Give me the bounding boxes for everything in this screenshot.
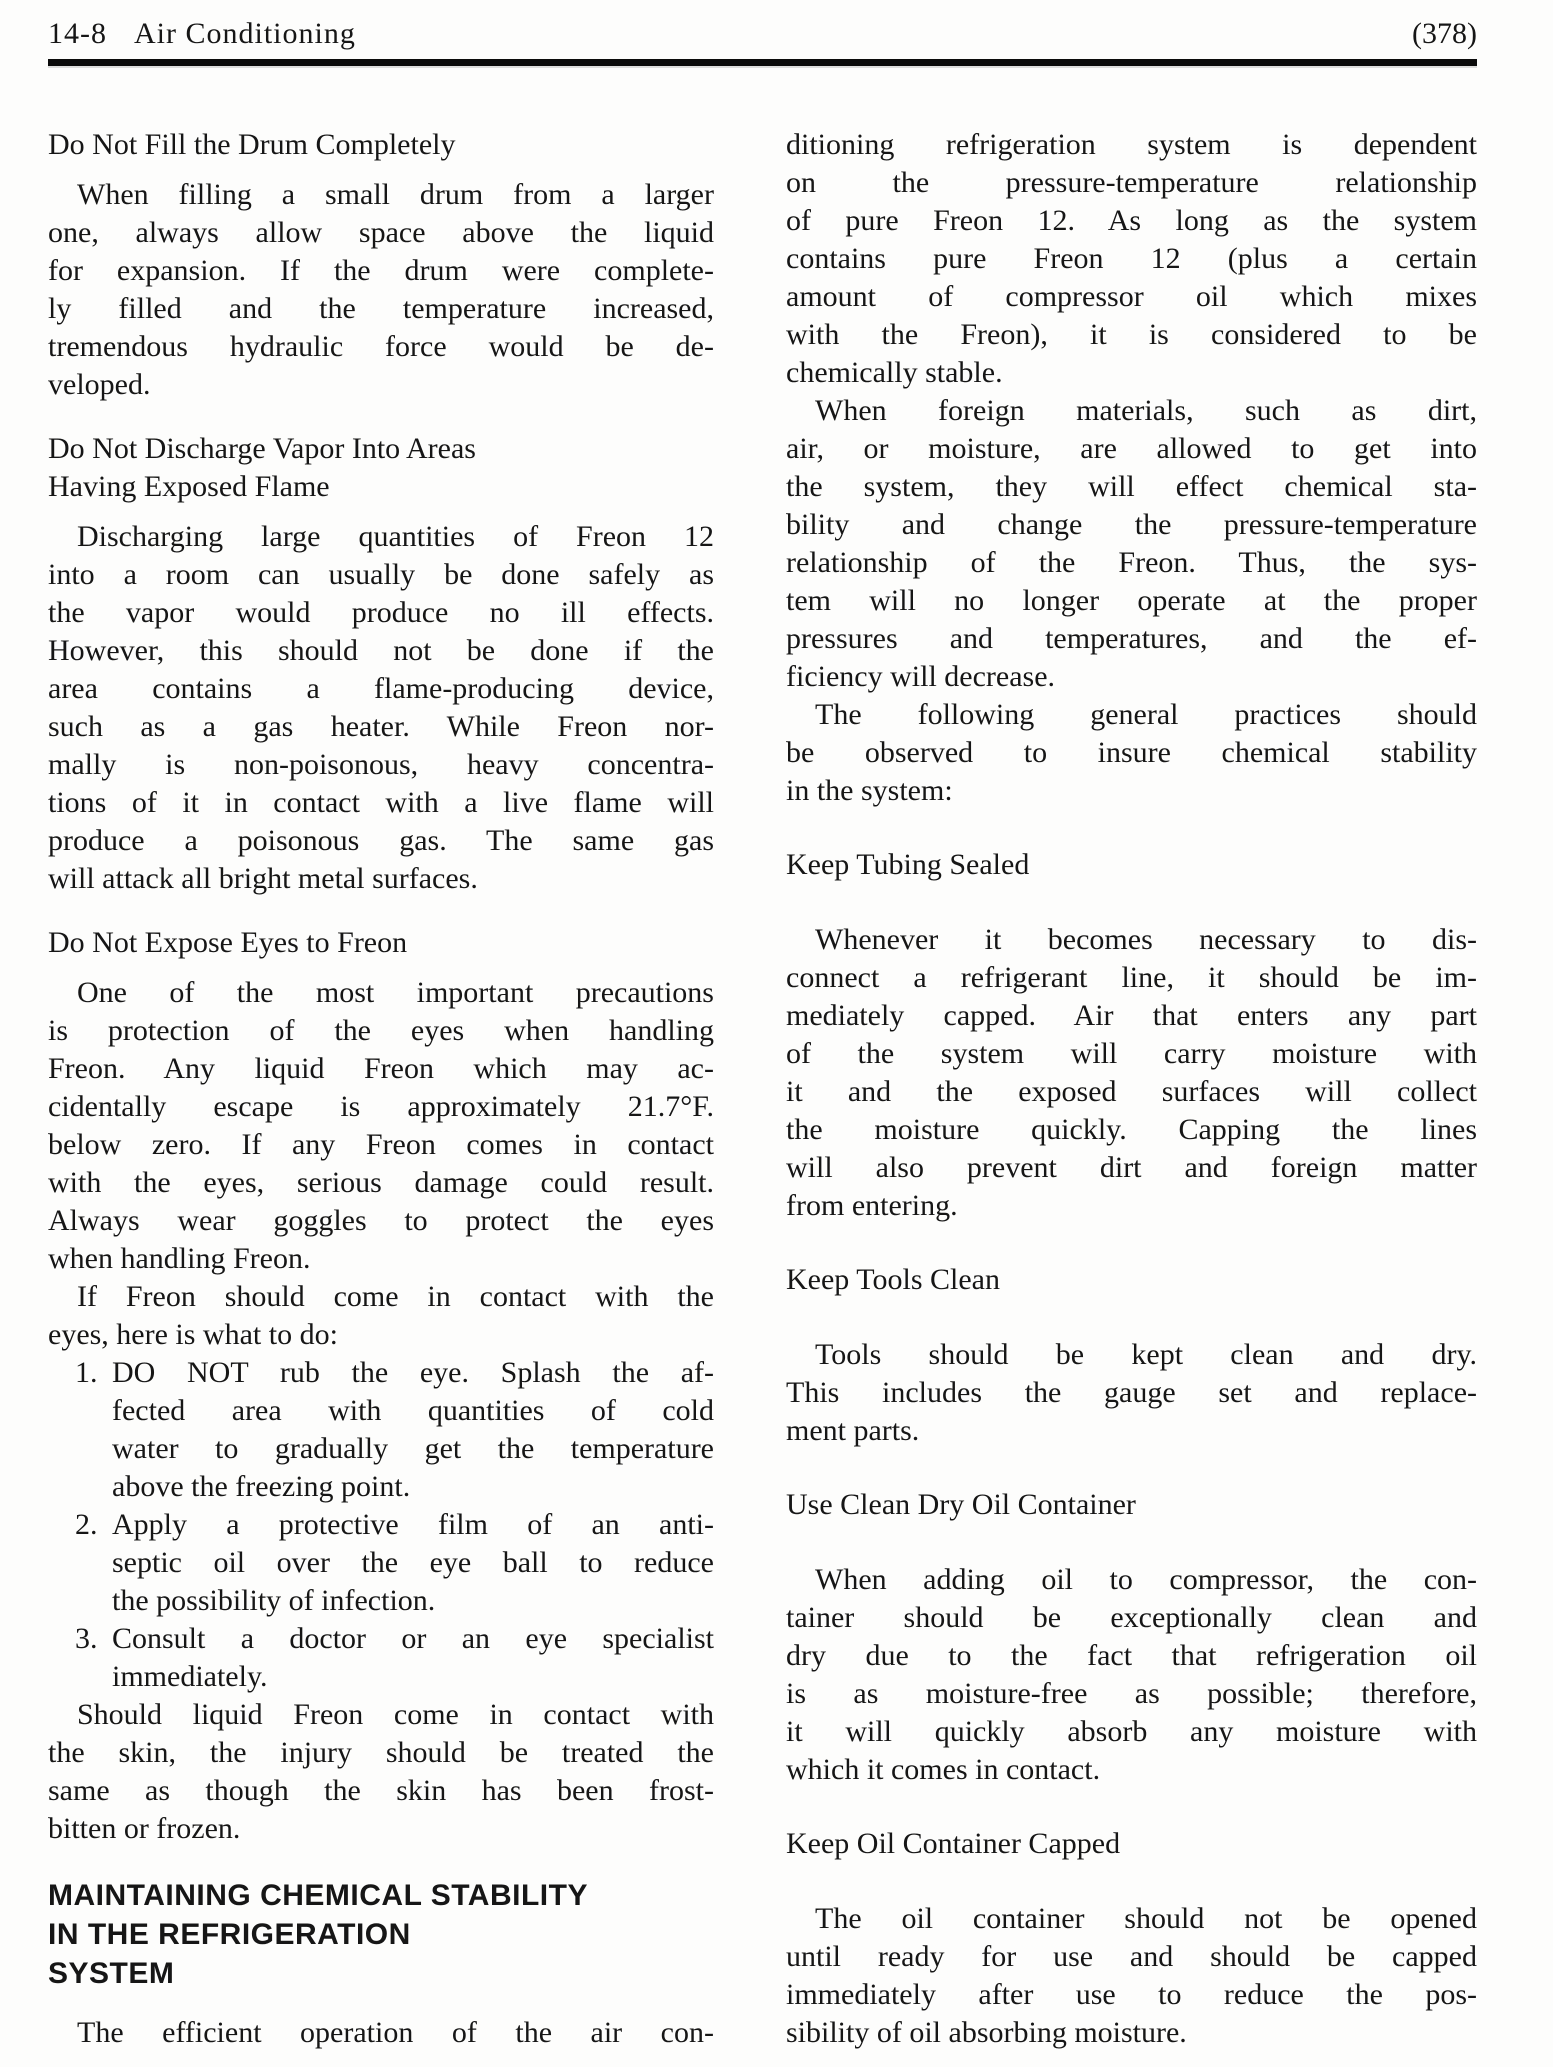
text-line: This includes the gauge set and replace- <box>786 1374 1477 1412</box>
text-line: mally is non-poisonous, heavy concentra- <box>48 746 714 784</box>
text-line: When filling a small drum from a larger <box>48 176 714 214</box>
text-line: When foreign materials, such as dirt, <box>786 392 1477 430</box>
text-line: ment parts. <box>786 1412 1477 1450</box>
text-line: Freon. Any liquid Freon which may ac- <box>48 1050 714 1088</box>
text-line: into a room can usually be done safely a… <box>48 556 714 594</box>
text-line: IN THE REFRIGERATION <box>48 1915 714 1954</box>
section-number: 14-8 <box>48 17 107 50</box>
text-line: veloped. <box>48 366 714 404</box>
text-line: septic oil over the eye ball to reduce <box>112 1544 714 1582</box>
paragraph: Discharging large quantities of Freon 12… <box>48 518 714 898</box>
text-line: water to gradually get the temperature <box>112 1430 714 1468</box>
list-item: 2. Apply a protective film of an anti-se… <box>48 1506 714 1620</box>
text-line: If Freon should come in contact with the <box>48 1278 714 1316</box>
text-line: Keep Tubing Sealed <box>786 846 1477 884</box>
left-column: Do Not Fill the Drum Completely When fil… <box>48 126 714 2052</box>
text-line: will also prevent dirt and foreign matte… <box>786 1149 1477 1187</box>
list-item: 3. Consult a doctor or an eye specialist… <box>48 1620 714 1696</box>
text-line: immediately after use to reduce the pos- <box>786 1976 1477 2014</box>
text-line: ditioning refrigeration system is depend… <box>786 126 1477 164</box>
text-line: eyes, here is what to do: <box>48 1316 714 1354</box>
text-line: One of the most important precautions <box>48 974 714 1012</box>
text-line: it will quickly absorb any moisture with <box>786 1713 1477 1751</box>
text-line: it and the exposed surfaces will collect <box>786 1073 1477 1111</box>
text-line: air, or moisture, are allowed to get int… <box>786 430 1477 468</box>
text-line: SYSTEM <box>48 1954 714 1993</box>
text-line: the moisture quickly. Capping the lines <box>786 1111 1477 1149</box>
paragraph: Tools should be kept clean and dry.This … <box>786 1336 1477 1450</box>
text-line: fected area with quantities of cold <box>112 1392 714 1430</box>
text-line: area contains a flame-producing device, <box>48 670 714 708</box>
text-line: relationship of the Freon. Thus, the sys… <box>786 544 1477 582</box>
text-line: is protection of the eyes when handling <box>48 1012 714 1050</box>
text-line: Use Clean Dry Oil Container <box>786 1486 1477 1524</box>
text-line: Keep Tools Clean <box>786 1261 1477 1299</box>
text-line: until ready for use and should be capped <box>786 1938 1477 1976</box>
text-line: Do Not Expose Eyes to Freon <box>48 924 714 962</box>
text-line: tions of it in contact with a live flame… <box>48 784 714 822</box>
text-line: The following general practices should <box>786 696 1477 734</box>
text-line: above the freezing point. <box>112 1468 714 1506</box>
paragraph: When filling a small drum from a largero… <box>48 176 714 404</box>
text-line: of the system will carry moisture with <box>786 1035 1477 1073</box>
text-line: the system, they will effect chemical st… <box>786 468 1477 506</box>
paragraph: The following general practices shouldbe… <box>786 696 1477 810</box>
right-column: ditioning refrigeration system is depend… <box>786 126 1477 2052</box>
text-line: tremendous hydraulic force would be de- <box>48 328 714 366</box>
text-line: the skin, the injury should be treated t… <box>48 1734 714 1772</box>
text-line: sibility of oil absorbing moisture. <box>786 2014 1477 2052</box>
list-item: 1. DO NOT rub the eye. Splash the af-fec… <box>48 1354 714 1506</box>
text-line: Always wear goggles to protect the eyes <box>48 1202 714 1240</box>
text-line: Keep Oil Container Capped <box>786 1825 1477 1863</box>
text-line: Discharging large quantities of Freon 12 <box>48 518 714 556</box>
text-line: cidentally escape is approximately 21.7°… <box>48 1088 714 1126</box>
page-header: 14-8Air Conditioning (378) <box>48 16 1477 52</box>
text-line: chemically stable. <box>786 354 1477 392</box>
text-line: tem will no longer operate at the proper <box>786 582 1477 620</box>
text-line: Do Not Discharge Vapor Into Areas <box>48 430 714 468</box>
text-line: of pure Freon 12. As long as the system <box>786 202 1477 240</box>
text-line: is as moisture-free as possible; therefo… <box>786 1675 1477 1713</box>
text-line: Whenever it becomes necessary to dis- <box>786 921 1477 959</box>
paragraph: When adding oil to compressor, the con-t… <box>786 1561 1477 1789</box>
text-line: The efficient operation of the air con- <box>48 2014 714 2052</box>
text-line: the possibility of infection. <box>112 1582 714 1620</box>
text-line: such as a gas heater. While Freon nor- <box>48 708 714 746</box>
section-heading: Keep Tubing Sealed <box>786 846 1477 884</box>
numbered-list: 1. DO NOT rub the eye. Splash the af-fec… <box>48 1354 714 1696</box>
section-heading: Do Not Fill the Drum Completely <box>48 126 714 164</box>
chapter-heading: MAINTAINING CHEMICAL STABILITYIN THE REF… <box>48 1876 714 1993</box>
paragraph: The oil container should not be openedun… <box>786 1900 1477 2052</box>
text-line: ly filled and the temperature increased, <box>48 290 714 328</box>
text-line: contains pure Freon 12 (plus a certain <box>786 240 1477 278</box>
text-line: dry due to the fact that refrigeration o… <box>786 1637 1477 1675</box>
list-marker: 1. <box>75 1354 112 1506</box>
text-line: in the system: <box>786 772 1477 810</box>
section-heading: Keep Tools Clean <box>786 1261 1477 1299</box>
text-line: ficiency will decrease. <box>786 658 1477 696</box>
paragraph: The efficient operation of the air con- <box>48 2014 714 2052</box>
list-item-text: Consult a doctor or an eye specialistimm… <box>112 1620 714 1696</box>
text-line: Should liquid Freon come in contact with <box>48 1696 714 1734</box>
text-line: bility and change the pressure-temperatu… <box>786 506 1477 544</box>
section-heading: Do Not Discharge Vapor Into AreasHaving … <box>48 430 714 506</box>
text-line: with the eyes, serious damage could resu… <box>48 1164 714 1202</box>
paragraph: ditioning refrigeration system is depend… <box>786 126 1477 392</box>
text-line: same as though the skin has been frost- <box>48 1772 714 1810</box>
page-number: (378) <box>1412 16 1477 52</box>
header-rule <box>48 59 1477 66</box>
paragraph: When foreign materials, such as dirt,air… <box>786 392 1477 696</box>
text-line: for expansion. If the drum were complete… <box>48 252 714 290</box>
page-title: Air Conditioning <box>134 17 356 50</box>
text-line: pressures and temperatures, and the ef- <box>786 620 1477 658</box>
text-line: When adding oil to compressor, the con- <box>786 1561 1477 1599</box>
section-heading: Use Clean Dry Oil Container <box>786 1486 1477 1524</box>
text-line: Having Exposed Flame <box>48 468 714 506</box>
text-line: Do Not Fill the Drum Completely <box>48 126 714 164</box>
text-line: be observed to insure chemical stability <box>786 734 1477 772</box>
text-line: Tools should be kept clean and dry. <box>786 1336 1477 1374</box>
text-line: However, this should not be done if the <box>48 632 714 670</box>
section-heading: Do Not Expose Eyes to Freon <box>48 924 714 962</box>
text-line: MAINTAINING CHEMICAL STABILITY <box>48 1876 714 1915</box>
text-line: will attack all bright metal surfaces. <box>48 860 714 898</box>
text-line: immediately. <box>112 1658 714 1696</box>
text-line: amount of compressor oil which mixes <box>786 278 1477 316</box>
list-marker: 3. <box>75 1620 112 1696</box>
paragraph: One of the most important precautionsis … <box>48 974 714 1278</box>
list-item-text: DO NOT rub the eye. Splash the af-fected… <box>112 1354 714 1506</box>
paragraph: If Freon should come in contact with the… <box>48 1278 714 1354</box>
text-line: bitten or frozen. <box>48 1810 714 1848</box>
text-line: the vapor would produce no ill effects. <box>48 594 714 632</box>
text-line: below zero. If any Freon comes in contac… <box>48 1126 714 1164</box>
text-line: Consult a doctor or an eye specialist <box>112 1620 714 1658</box>
header-left: 14-8Air Conditioning <box>48 16 356 52</box>
paragraph: Whenever it becomes necessary to dis-con… <box>786 921 1477 1225</box>
text-line: mediately capped. Air that enters any pa… <box>786 997 1477 1035</box>
section-heading: Keep Oil Container Capped <box>786 1825 1477 1863</box>
text-line: tainer should be exceptionally clean and <box>786 1599 1477 1637</box>
text-line: one, always allow space above the liquid <box>48 214 714 252</box>
paragraph: Should liquid Freon come in contact with… <box>48 1696 714 1848</box>
list-marker: 2. <box>75 1506 112 1620</box>
text-line: which it comes in contact. <box>786 1751 1477 1789</box>
text-line: Apply a protective film of an anti- <box>112 1506 714 1544</box>
text-line: from entering. <box>786 1187 1477 1225</box>
text-line: The oil container should not be opened <box>786 1900 1477 1938</box>
text-line: when handling Freon. <box>48 1240 714 1278</box>
manual-page: 14-8Air Conditioning (378) Do Not Fill t… <box>0 0 1553 2067</box>
text-line: with the Freon), it is considered to be <box>786 316 1477 354</box>
text-line: DO NOT rub the eye. Splash the af- <box>112 1354 714 1392</box>
two-column-body: Do Not Fill the Drum Completely When fil… <box>48 126 1477 2052</box>
text-line: connect a refrigerant line, it should be… <box>786 959 1477 997</box>
text-line: on the pressure-temperature relationship <box>786 164 1477 202</box>
list-item-text: Apply a protective film of an anti-septi… <box>112 1506 714 1620</box>
text-line: produce a poisonous gas. The same gas <box>48 822 714 860</box>
